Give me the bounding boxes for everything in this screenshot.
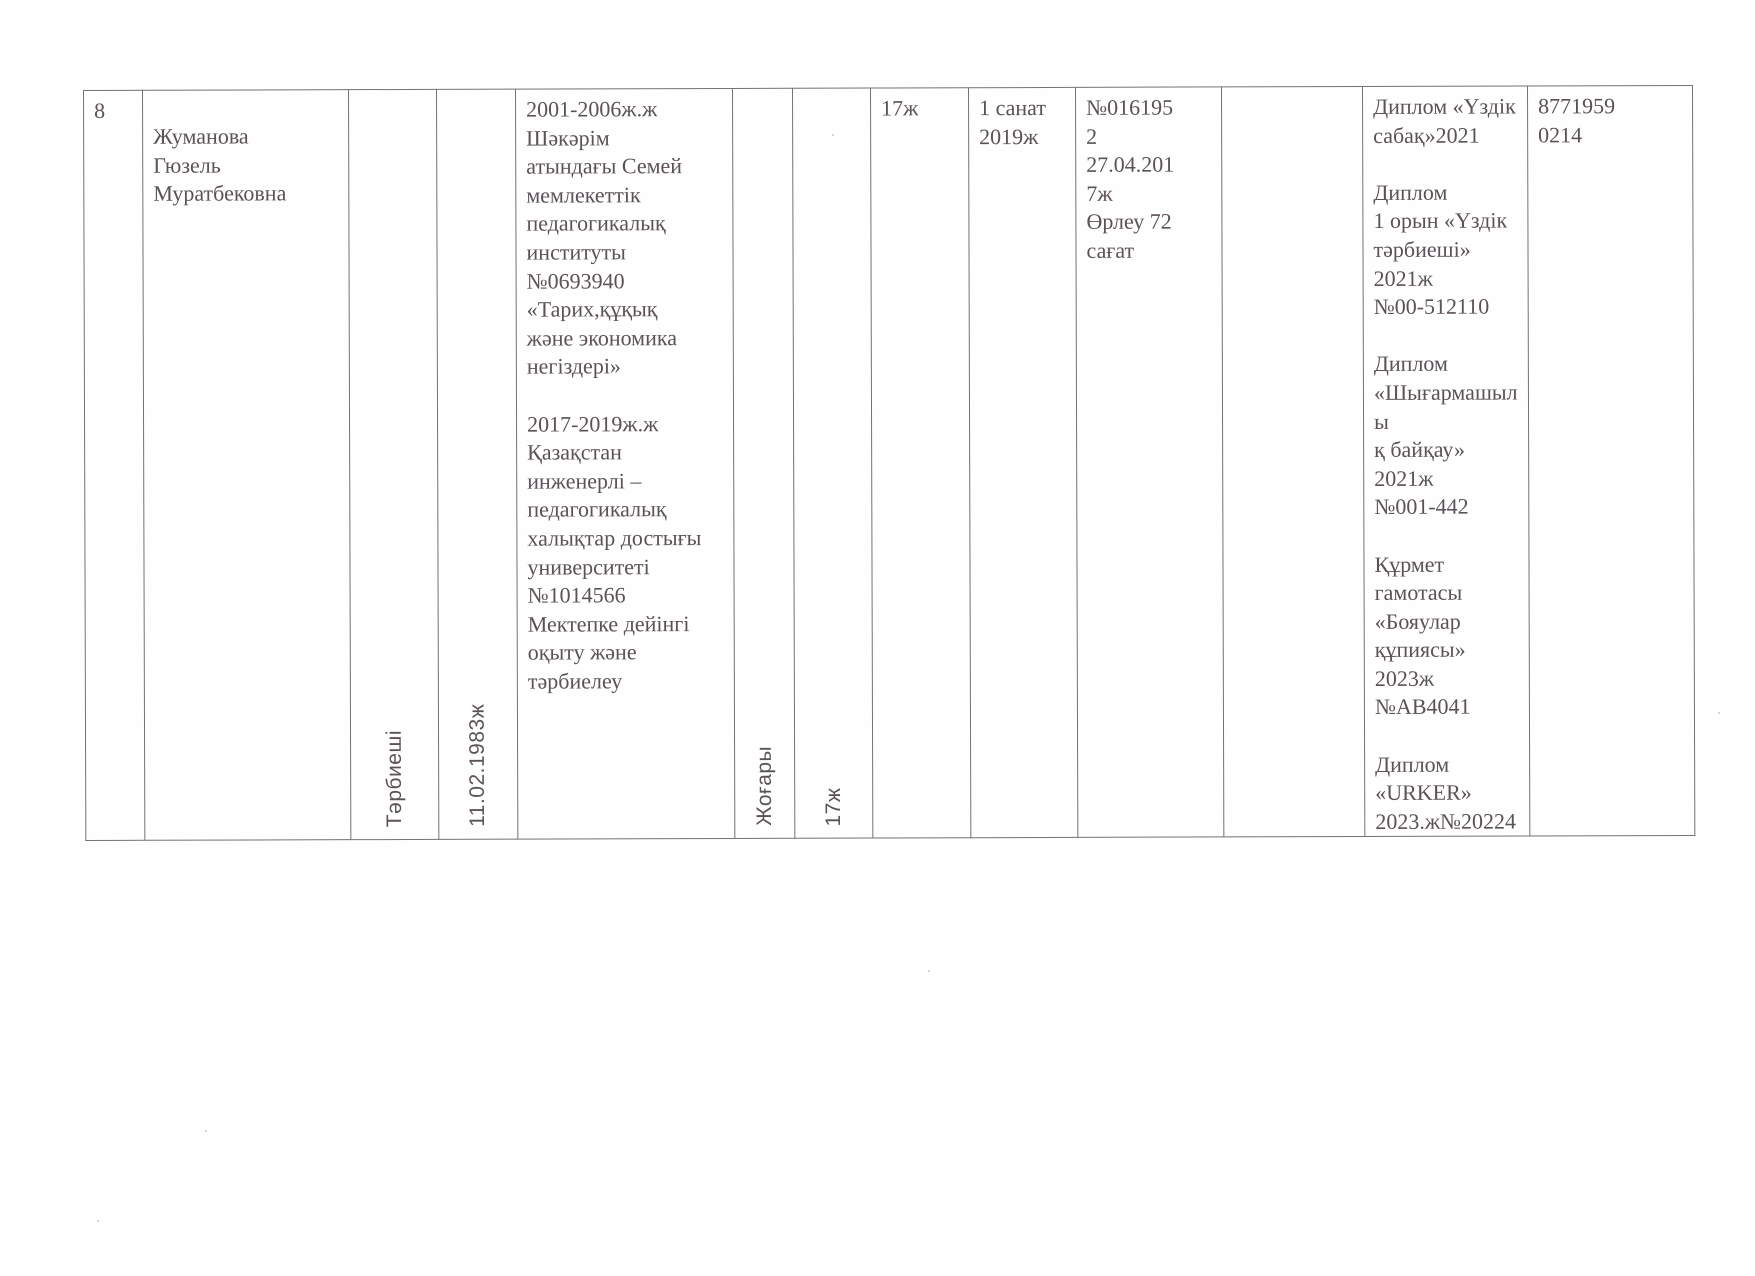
cell-total-experience: 17ж <box>792 88 872 839</box>
full-name: Жуманова Гюзель Муратбековна <box>143 90 348 208</box>
cell-awards: Диплом «Үздік сабақ»2021 Диплом 1 орын «… <box>1362 86 1529 837</box>
cell-position: Тәрбиеші <box>349 89 439 840</box>
awards: Диплом «Үздік сабақ»2021 Диплом 1 орын «… <box>1363 86 1529 836</box>
phone: 8771959 0214 <box>1528 86 1692 150</box>
total-experience: 17ж <box>819 787 848 826</box>
scan-speck <box>832 134 834 136</box>
cell-education-level: Жоғары <box>732 88 794 839</box>
courses: №016195 2 27.04.201 7ж Өрлеу 72 сағат <box>1076 87 1222 265</box>
cell-full-name: Жуманова Гюзель Муратбековна <box>143 90 351 841</box>
cell-pedagogical-experience: 17ж <box>870 88 970 839</box>
cell-courses: №016195 2 27.04.201 7ж Өрлеу 72 сағат <box>1075 87 1223 838</box>
cell-row-number: 8 <box>84 90 145 841</box>
staff-table: 8 Жуманова Гюзель Муратбековна Тәрбиеші … <box>83 85 1695 841</box>
cell-education: 2001-2006ж.ж Шәкәрім атындағы Семей мемл… <box>515 88 734 839</box>
scan-speck <box>205 1130 207 1132</box>
education-level: Жоғары <box>750 746 779 826</box>
pedagogical-experience: 17ж <box>871 88 968 123</box>
empty-column <box>1222 87 1362 93</box>
scan-speck <box>97 1220 99 1222</box>
education: 2001-2006ж.ж Шәкәрім атындағы Семей мемл… <box>516 89 734 696</box>
category: 1 санат 2019ж <box>969 88 1075 152</box>
birth-date: 11.02.1983ж <box>464 704 493 827</box>
scanned-page: 8 Жуманова Гюзель Муратбековна Тәрбиеші … <box>0 0 1755 1276</box>
cell-phone: 8771959 0214 <box>1527 85 1694 836</box>
cell-birth-date: 11.02.1983ж <box>436 89 517 840</box>
table-row: 8 Жуманова Гюзель Муратбековна Тәрбиеші … <box>84 85 1695 840</box>
position: Тәрбиеші <box>380 730 409 827</box>
row-number: 8 <box>84 91 142 126</box>
cell-empty <box>1221 86 1364 837</box>
scan-speck <box>928 970 930 972</box>
cell-category: 1 санат 2019ж <box>968 87 1077 838</box>
scan-speck <box>1718 712 1720 714</box>
